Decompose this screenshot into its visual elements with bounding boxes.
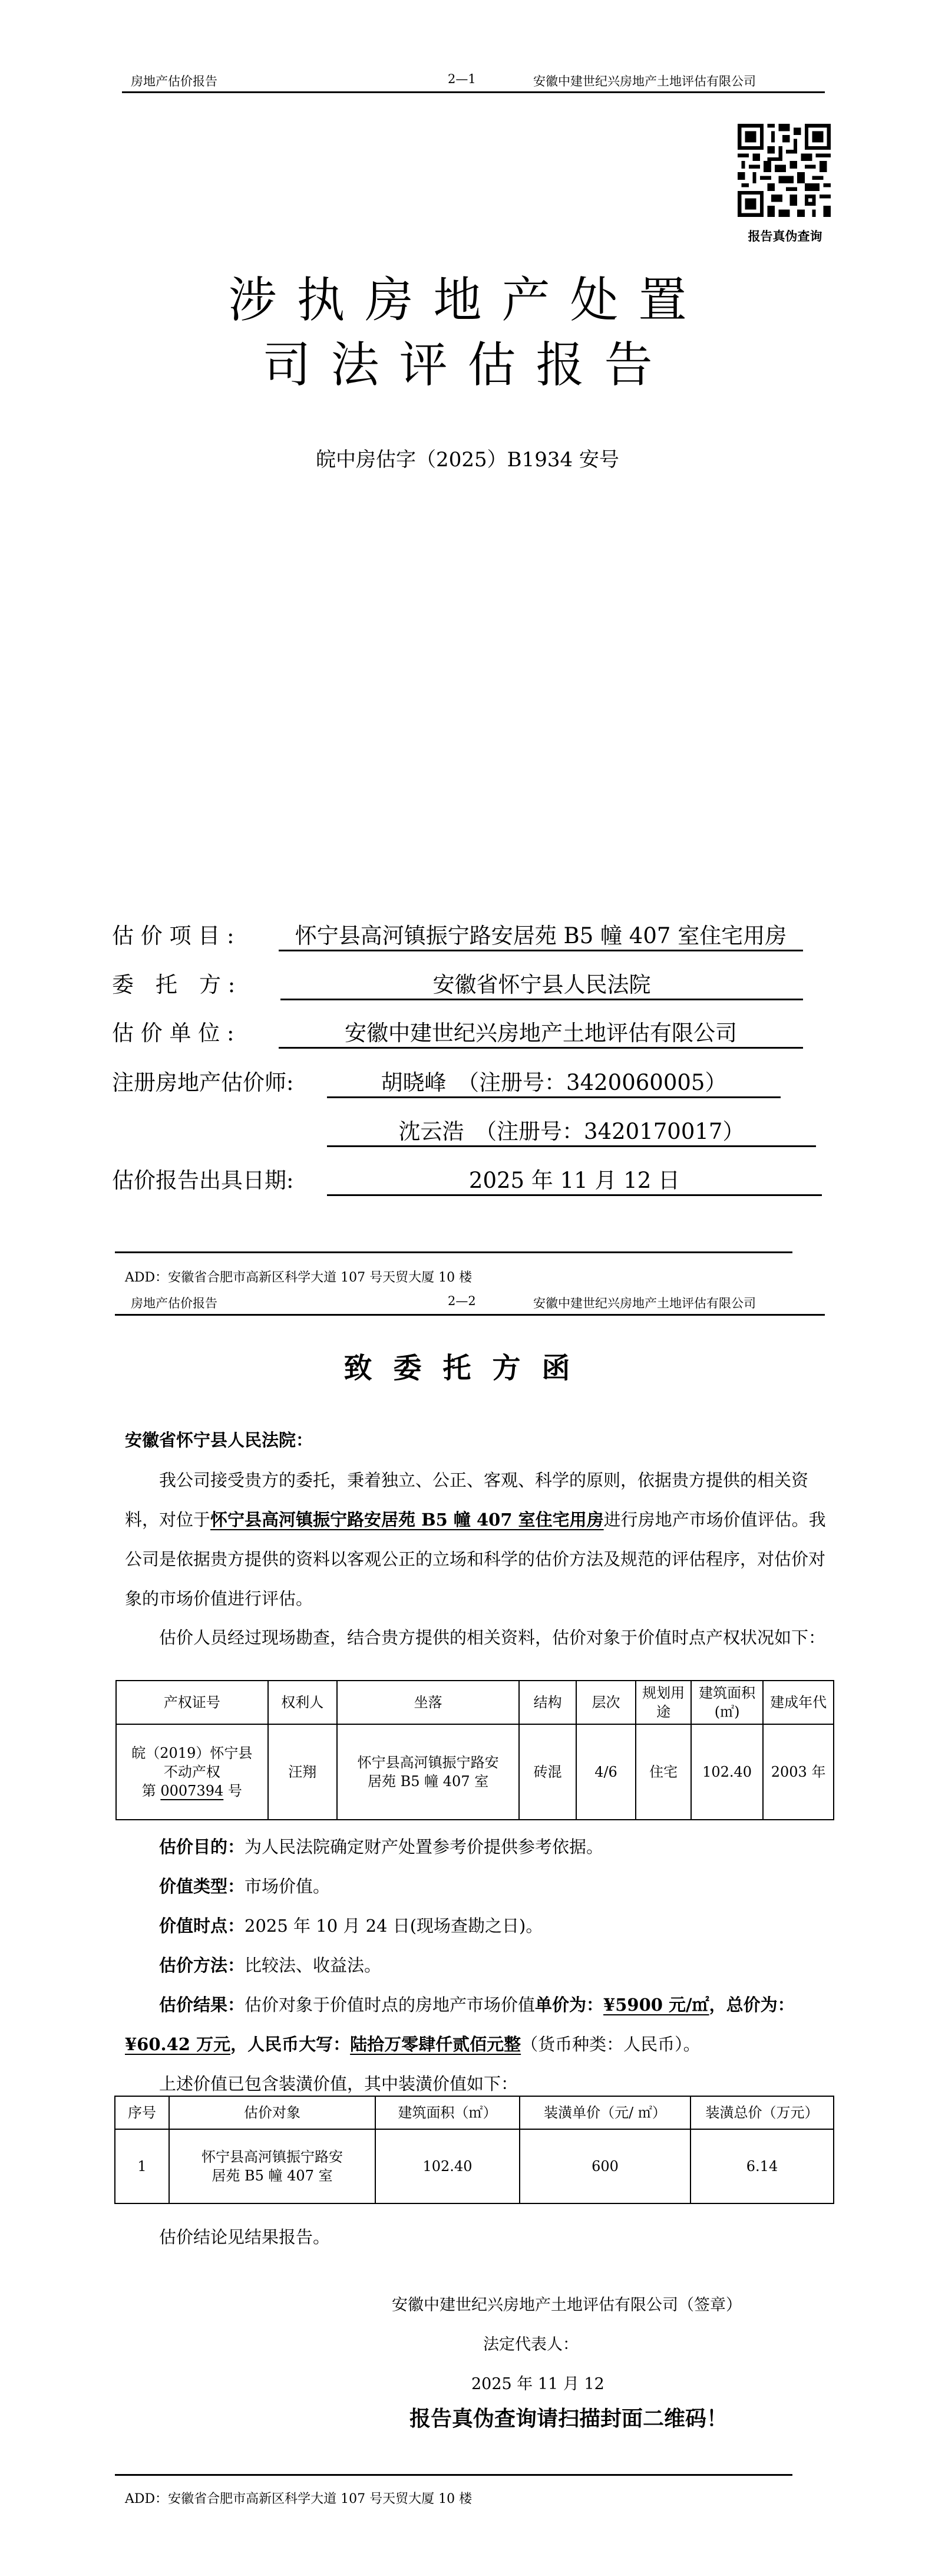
- header-rule: [122, 91, 825, 93]
- cell-cert: 皖（2019）怀宁县 不动产权 第 0007394 号: [116, 1724, 268, 1820]
- footer-address: ADD：安徽省合肥市高新区科学大道 107 号天贸大厦 10 楼: [125, 1267, 472, 1286]
- cell-no: 1: [115, 2129, 169, 2203]
- header-page-number: 2—2: [448, 1294, 476, 1308]
- table-row: 1 怀宁县高河镇振宁路安居苑 B5 幢 407 室 102.40 600 6.1…: [115, 2129, 834, 2203]
- sign-company: 安徽中建世纪兴房地产土地评估有限公司（签章）: [392, 2292, 742, 2315]
- field-client-label: 委 托 方 :: [112, 970, 235, 1000]
- field-appraiser-1-value: 胡晓峰 （注册号：3420060005）: [327, 1068, 781, 1098]
- field-report-date: 估价报告出具日期: 2025 年 11 月 12 日: [112, 1166, 293, 1195]
- field-appraiser-label: 注册房地产估价师:: [112, 1068, 293, 1098]
- intro-paragraph: 我公司接受贵方的委托，秉着独立、公正、客观、科学的原则，依据贵方提供的相关资料，…: [125, 1461, 841, 1619]
- th-location: 坐落: [337, 1681, 520, 1724]
- cert-line-2: 不动产权: [119, 1763, 265, 1781]
- field-appraisal-unit: 估 价 单 位 : 安徽中建世纪兴房地产土地评估有限公司: [112, 1019, 234, 1048]
- cell-location: 怀宁县高河镇振宁路安居苑 B5 幢 407 室: [337, 1724, 520, 1820]
- result-text-b: 单价为：: [535, 1995, 603, 2015]
- cert-line-3: 第 0007394 号: [119, 1781, 265, 1800]
- field-project: 估 价 项 目 : 怀宁县高河镇振宁路安居苑 B5 幢 407 室住宅用房: [112, 921, 234, 951]
- field-unit-label: 估 价 单 位 :: [112, 1019, 234, 1048]
- intro-property-address: 怀宁县高河镇振宁路安居苑 B5 幢 407 室住宅用房: [210, 1510, 604, 1530]
- field-appraiser: 注册房地产估价师: 胡晓峰 （注册号：3420060005）: [112, 1068, 293, 1098]
- th-owner: 权利人: [268, 1681, 337, 1724]
- result-label: 估价结果：: [159, 1995, 245, 2015]
- result-paragraph: 估价结果：估价对象于价值时点的房地产市场价值单价为：¥5900 元/㎡，总价为：…: [125, 1985, 841, 2064]
- qr-code-icon[interactable]: [738, 124, 831, 217]
- sign-legal-rep: 法定代表人：: [483, 2331, 579, 2354]
- cell-structure: 砖混: [519, 1724, 576, 1820]
- addressee: 安徽省怀宁县人民法院：: [125, 1421, 841, 1460]
- cell-object: 怀宁县高河镇振宁路安居苑 B5 幢 407 室: [169, 2129, 375, 2203]
- report-number: 皖中房估字（2025）B1934 安号: [0, 443, 935, 472]
- cert-line-1: 皖（2019）怀宁县: [119, 1744, 265, 1763]
- result-text-a: 估价对象于价值时点的房地产市场价值: [245, 1995, 535, 2015]
- th-no: 序号: [115, 2096, 169, 2129]
- cert-prefix: 第: [142, 1783, 161, 1799]
- field-date-value: 2025 年 11 月 12 日: [327, 1166, 822, 1196]
- value-type-line: 价值类型：市场价值。: [125, 1867, 841, 1906]
- header-company: 安徽中建世纪兴房地产土地评估有限公司: [533, 1294, 756, 1312]
- result-text-e: （货币种类：人民币）。: [521, 2034, 701, 2054]
- field-unit-value: 安徽中建世纪兴房地产土地评估有限公司: [279, 1019, 803, 1049]
- th-year: 建成年代: [763, 1681, 834, 1724]
- header-left: 房地产估价报告: [131, 1294, 217, 1312]
- method-label: 估价方法：: [159, 1955, 245, 1975]
- decoration-table: 序号 估价对象 建筑面积（㎡） 装潢单价（元/ ㎡） 装潢总价（万元） 1 怀宁…: [114, 2096, 834, 2204]
- verify-note: 报告真伪查询请扫描封面二维码！: [409, 2402, 728, 2432]
- th-area: 建筑面积（㎡）: [375, 2096, 520, 2129]
- header-rule: [115, 1314, 825, 1316]
- report-title-line-1: 涉执房地产处置: [0, 271, 935, 330]
- footer-address: ADD：安徽省合肥市高新区科学大道 107 号天贸大厦 10 楼: [125, 2489, 472, 2507]
- table-header-row: 序号 估价对象 建筑面积（㎡） 装潢单价（元/ ㎡） 装潢总价（万元）: [115, 2096, 834, 2129]
- value-date-label: 价值时点：: [159, 1916, 245, 1936]
- status-paragraph: 估价人员经过现场勘查，结合贵方提供的相关资料，估价对象于价值时点产权状况如下：: [125, 1618, 841, 1658]
- cell-floor: 4/6: [576, 1724, 636, 1820]
- cell-owner: 汪翔: [268, 1724, 337, 1820]
- field-client: 委 托 方 : 安徽省怀宁县人民法院: [112, 970, 235, 1000]
- result-total-price: ¥60.42 万元: [125, 2034, 230, 2054]
- purpose-line: 估价目的：为人民法院确定财产处置参考价提供参考依据。: [125, 1827, 841, 1867]
- result-unit-price: ¥5900 元/㎡: [603, 1995, 709, 2015]
- cell-area: 102.40: [375, 2129, 520, 2203]
- cell-use: 住宅: [636, 1724, 691, 1820]
- cell-unit-price: 600: [520, 2129, 690, 2203]
- value-type-label: 价值类型：: [159, 1876, 245, 1896]
- header-company: 安徽中建世纪兴房地产土地评估有限公司: [533, 72, 756, 90]
- conclusion: 估价结论见结果报告。: [125, 2218, 841, 2257]
- footer-rule: [115, 1251, 792, 1253]
- header-page-number: 2—1: [448, 72, 476, 86]
- field-client-value: 安徽省怀宁县人民法院: [280, 970, 803, 1000]
- th-total: 装潢总价（万元）: [690, 2096, 834, 2129]
- footer-rule: [115, 2474, 792, 2476]
- value-date-value: 2025 年 10 月 24 日(现场查勘之日)。: [245, 1916, 543, 1936]
- th-object: 估价对象: [169, 2096, 375, 2129]
- field-appraiser-2-value: 沈云浩 （注册号：3420170017）: [327, 1117, 816, 1147]
- th-floor: 层次: [576, 1681, 636, 1724]
- th-cert: 产权证号: [116, 1681, 268, 1724]
- sign-date: 2025 年 11 月 12: [471, 2371, 604, 2394]
- th-unit-price: 装潢单价（元/ ㎡）: [520, 2096, 690, 2129]
- value-date-line: 价值时点：2025 年 10 月 24 日(现场查勘之日)。: [125, 1906, 841, 1946]
- result-amount-in-words: 陆拾万零肆仟贰佰元整: [350, 2034, 521, 2054]
- field-project-label: 估 价 项 目 :: [112, 921, 234, 951]
- method-value: 比较法、收益法。: [245, 1955, 381, 1975]
- field-project-value: 怀宁县高河镇振宁路安居苑 B5 幢 407 室住宅用房: [279, 921, 803, 951]
- th-structure: 结构: [519, 1681, 576, 1724]
- table-header-row: 产权证号 权利人 坐落 结构 层次 规划用途 建筑面积(㎡) 建成年代: [116, 1681, 834, 1724]
- purpose-value: 为人民法院确定财产处置参考价提供参考依据。: [245, 1837, 603, 1857]
- field-date-label: 估价报告出具日期:: [112, 1166, 293, 1195]
- value-type-value: 市场价值。: [245, 1876, 330, 1896]
- cell-area: 102.40: [691, 1724, 763, 1820]
- th-use: 规划用途: [636, 1681, 691, 1724]
- header-left: 房地产估价报告: [131, 72, 217, 90]
- purpose-label: 估价目的：: [159, 1837, 245, 1857]
- table-row: 皖（2019）怀宁县 不动产权 第 0007394 号 汪翔 怀宁县高河镇振宁路…: [116, 1724, 834, 1820]
- th-area: 建筑面积(㎡): [691, 1681, 763, 1724]
- cert-number: 0007394: [160, 1783, 223, 1799]
- property-table: 产权证号 权利人 坐落 结构 层次 规划用途 建筑面积(㎡) 建成年代 皖（20…: [115, 1680, 834, 1820]
- result-text-d: ，人民币大写：: [230, 2034, 350, 2054]
- cert-suffix: 号: [223, 1783, 242, 1799]
- qr-caption: 报告真伪查询: [734, 227, 837, 245]
- cell-year: 2003 年: [763, 1724, 834, 1820]
- cell-total: 6.14: [690, 2129, 834, 2203]
- result-text-c: ，总价为：: [709, 1995, 795, 2015]
- method-line: 估价方法：比较法、收益法。: [125, 1946, 841, 1985]
- report-title-line-2: 司法评估报告: [0, 336, 935, 395]
- letter-title: 致委托方函: [0, 1345, 935, 1386]
